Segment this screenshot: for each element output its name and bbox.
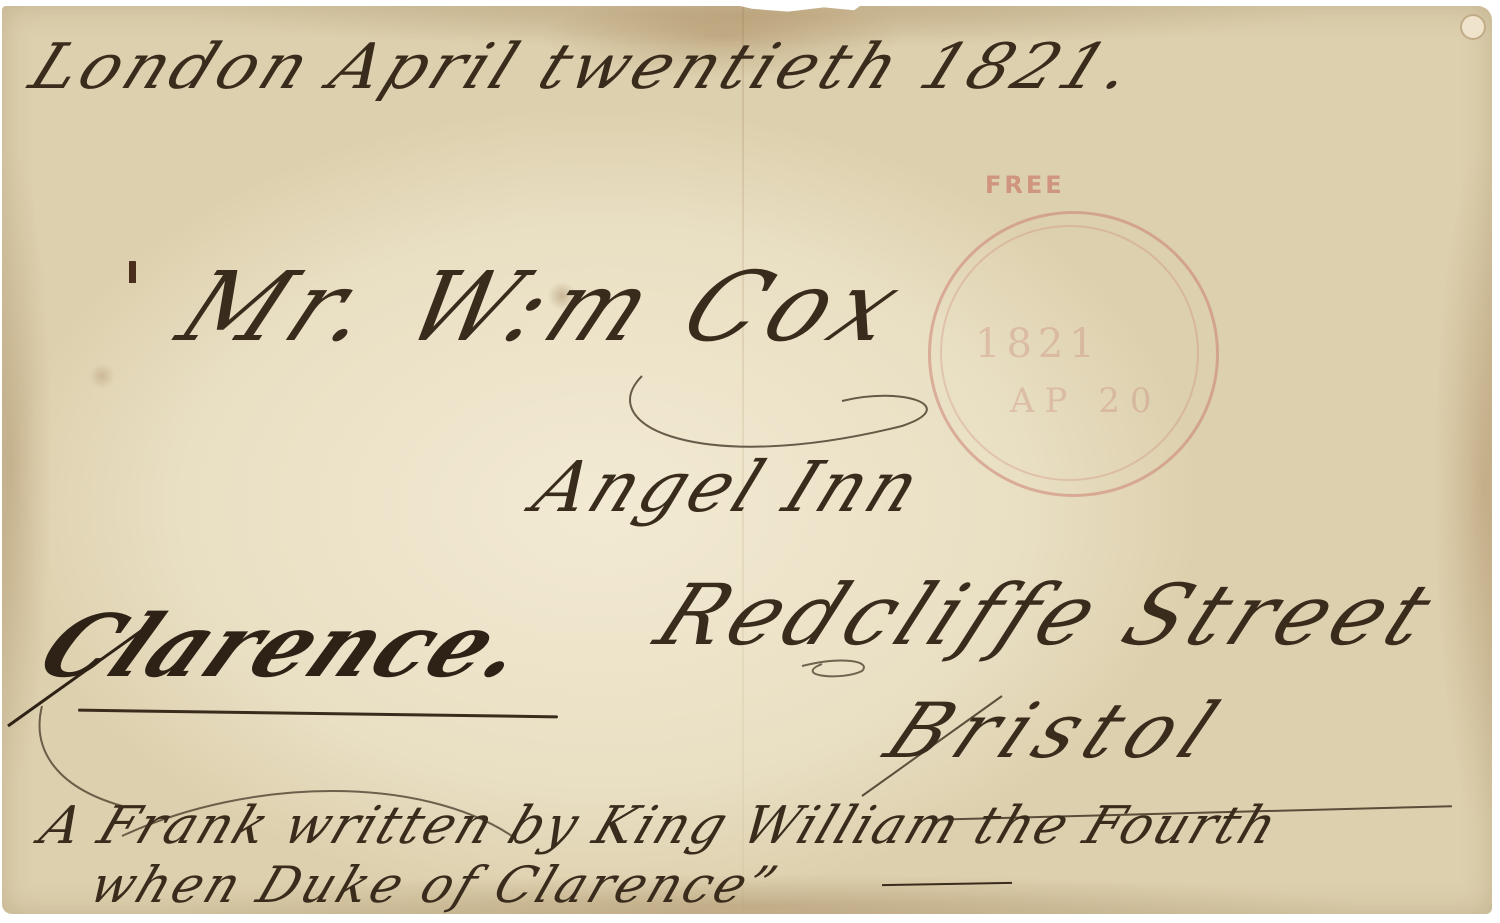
postmark-bottom-text: AP 20: [1010, 381, 1162, 421]
corner-curl: [1460, 14, 1486, 40]
torn-edge: [740, 6, 860, 20]
postmark-top-text: FREE: [985, 171, 1065, 199]
postmark-middle-text: 1821: [975, 321, 1101, 367]
page: FREE 1821 AP 20 London April twentieth 1…: [0, 0, 1500, 923]
addressee-name: Mr. W:m Cox: [162, 251, 927, 363]
ink-blot: [129, 261, 136, 283]
annotation-dash: [882, 882, 1012, 886]
annotation-line-1: A Frank written by King William the Four…: [32, 796, 1287, 856]
frank-signature: Clarence.: [22, 596, 550, 697]
address-line-1: Angel Inn: [522, 446, 935, 528]
dateline: London April twentieth 1821.: [20, 30, 1148, 103]
signature-underline: [78, 709, 558, 719]
envelope: FREE 1821 AP 20 London April twentieth 1…: [2, 6, 1492, 914]
annotation-line-2: when Duke of Clarence”: [82, 856, 787, 914]
postmark: FREE 1821 AP 20: [920, 171, 1220, 471]
address-line-3: Bristol: [872, 686, 1242, 775]
address-line-2: Redcliffe Street: [642, 566, 1452, 664]
